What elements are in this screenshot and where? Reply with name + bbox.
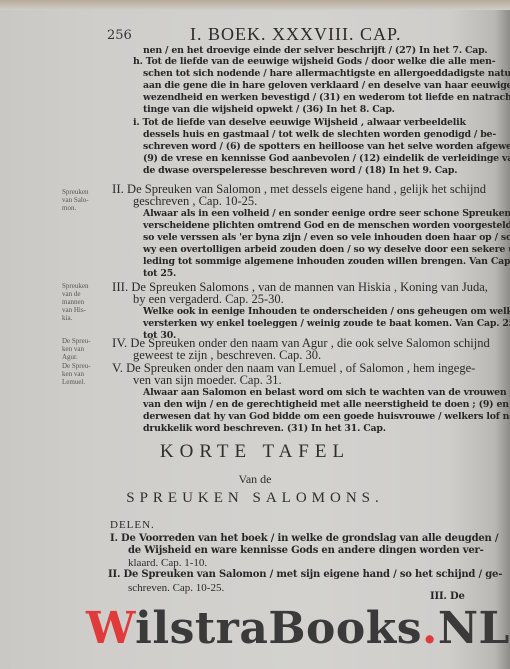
text-line: Welke ook in eenige Inhouden te ondersch… [143, 306, 510, 318]
section-numeral: III. [112, 279, 128, 294]
margin-note-line: kia. [62, 314, 88, 322]
margin-note-line: van de [62, 290, 88, 298]
page-top-edge [0, 0, 510, 10]
margin-note-line: Agur. [62, 353, 91, 361]
text-line: dessels huis en gastmaal / tot welk de s… [143, 129, 496, 141]
section-line: ven van sijn moeder. Cap. 31. [133, 374, 282, 387]
section-numeral: V. [112, 360, 123, 375]
watermark-name: ilstraBooks [135, 603, 422, 654]
margin-note: De Spreu- ken van Agur. [62, 337, 91, 361]
margin-note-line: ken van [62, 370, 91, 378]
margin-note-line: van Salo- [62, 196, 89, 204]
text-line: drukkelik word beschreven. (31) In het 3… [143, 423, 386, 435]
margin-note-line: Lemuel. [62, 378, 91, 386]
text-line: h. Tot de liefde van de eeuwige wijsheid… [133, 56, 495, 68]
section-numeral: II. [112, 181, 124, 196]
page-header: 256 I. BOEK. XXXVIII. CAP. [0, 24, 510, 46]
section-line: by een vergaderd. Cap. 25-30. [133, 293, 284, 306]
text-line: schreven word / (6) de spotters en heill… [143, 141, 510, 153]
margin-note: Spreuken van de mannen van His- kia. [62, 282, 88, 322]
text-line: wezendheid en werken bevestigd / (31) en… [143, 92, 510, 104]
margin-note-line: De Spreu- [62, 337, 91, 345]
text-line: (9) de vrese en kennisse God aanbevolen … [143, 153, 510, 165]
text-line: schen tot sich nodende / hare allermacht… [143, 68, 510, 80]
catchword: III. De [430, 591, 465, 603]
watermark-tld: NL [438, 603, 510, 654]
text-line: I. De Voorreden van het boek / in welke … [110, 533, 498, 545]
section-numeral: IV. [112, 335, 127, 350]
text-line: de Wijsheid en ware kennisse Gods en and… [128, 545, 484, 557]
text-line: tinge van die wijsheid opwekt / (36) In … [143, 104, 395, 116]
page-number: 256 [107, 28, 132, 43]
text-line: leding tot sommige algemene inhouden zou… [143, 256, 510, 268]
text-line: de dwase overspeleresse beschreven word … [143, 165, 457, 177]
text-line: aan die gene die in hare geloven verklaa… [143, 80, 510, 92]
running-head: I. BOEK. XXXVIII. CAP. [190, 24, 402, 45]
text-line: derwesen dat hy van God bidde om een goe… [143, 411, 510, 423]
text-line: tot 25. [143, 268, 176, 280]
text-line: verscheidene plichten omtrend God en de … [143, 220, 510, 232]
text-line: II. De Spreuken van Salomon / met sijn e… [108, 569, 502, 581]
text-line: versterken wy enkel toeleggen / weinig z… [143, 318, 510, 330]
margin-note-line: Spreuken [62, 188, 89, 196]
text-line: van den wijn / en de gerechtigheid met a… [143, 399, 510, 411]
tafel-title: KORTE TAFEL [0, 441, 510, 463]
margin-note-line: Spreuken [62, 282, 88, 290]
tafel-book-title: SPREUKEN SALOMONS. [0, 490, 510, 507]
margin-note-line: van His- [62, 306, 88, 314]
text-line: Alwaar aan Salomon en belast word om sic… [143, 387, 510, 399]
text-line: so vele verssen als 'er byna zijn / even… [143, 232, 510, 244]
margin-note: De Spreu- ken van Lemuel. [62, 362, 91, 386]
margin-note-line: mannen [62, 298, 88, 306]
watermark-logo: WilstraBooks.NL [86, 603, 510, 654]
margin-note: Spreuken van Salo- mon. [62, 188, 89, 212]
text-line: i. Tot de liefde van deselve eeuwige Wij… [133, 117, 466, 129]
text-line: Alwaar als in een volheid / en sonder ee… [143, 208, 510, 220]
watermark-initial: W [86, 603, 135, 654]
margin-note-line: De Spreu- [62, 362, 91, 370]
book-page: 256 I. BOEK. XXXVIII. CAP. nen / en het … [0, 0, 510, 669]
margin-note-line: ken van [62, 345, 91, 353]
section-line: geschreven , Cap. 10-25. [133, 195, 257, 208]
watermark-dot: . [422, 603, 438, 654]
tafel-subtitle: Van de [0, 472, 510, 487]
text-line: wy een overtolligen arbeid zouden doen /… [143, 244, 510, 256]
margin-note-line: mon. [62, 204, 89, 212]
text-line: schreven. Cap. 10-25. [128, 582, 224, 595]
delen-heading: DELEN. [110, 519, 155, 532]
